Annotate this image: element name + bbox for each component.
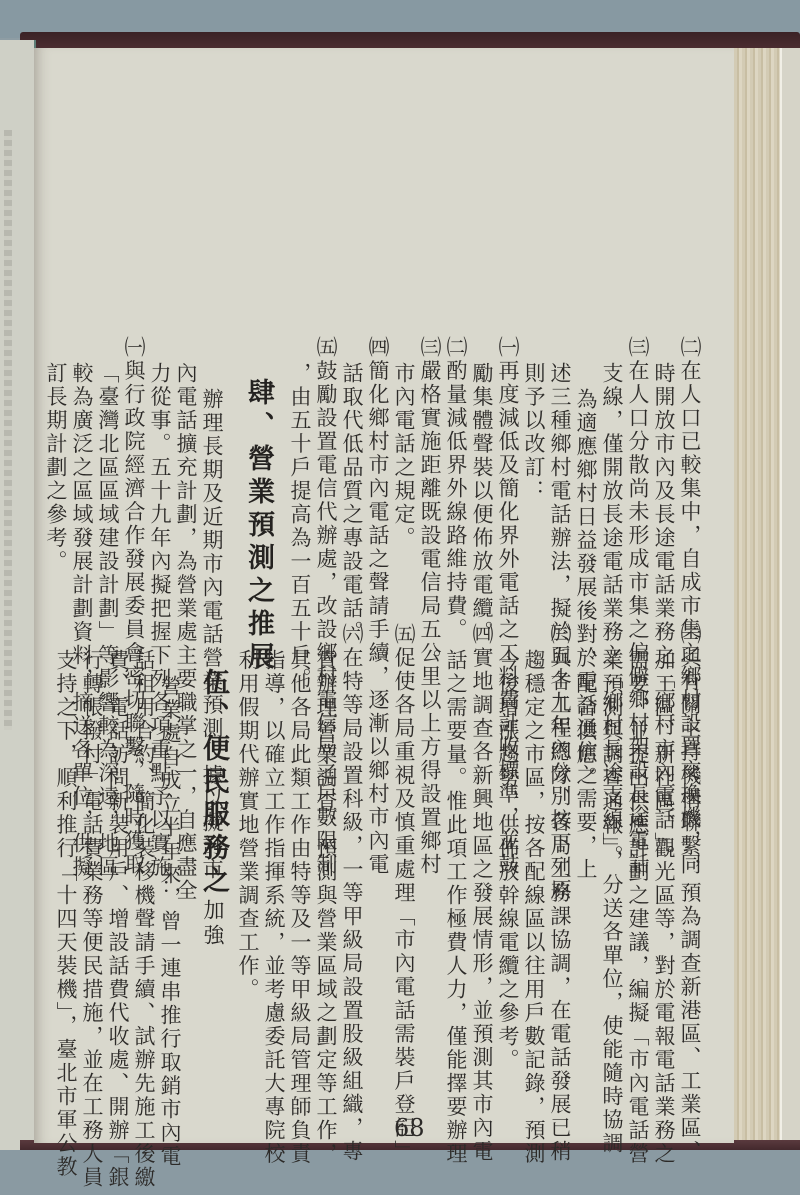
text-column: 今後增漲趨勢，供佈放幹線電纜之參考。 [495, 649, 521, 1072]
section-heading-4: 肆、營業預測之推展 [239, 378, 278, 675]
text-column: 訂長期計劃之參考。 [43, 362, 69, 574]
text-column: ㈣實地調查各新興地區之發展情形，並預測其市內電 [469, 623, 495, 1164]
section-heading-5: 伍、便民服務之加強 [194, 668, 233, 949]
text-column: 行轉帳撥付」電話費業務等便民措施，並在工務人員 [79, 649, 105, 1190]
page-number: 68 [394, 1114, 425, 1142]
text-column: 營業處自成立半年來，曾一連串推行取銷市內電 [157, 675, 183, 1169]
heading-main: 伍、便民服務之 [198, 668, 229, 899]
text-column: 為適應鄉村日益發展後對於電話通信之需要，上 [573, 388, 599, 882]
text-column: 則予以改訂： [521, 362, 547, 503]
heading-small: 加強 [201, 899, 225, 949]
text-column: 。 [365, 649, 391, 673]
previous-page-text-strip [4, 130, 12, 730]
text-column: ㈡酌量減低界外線路維持費。 [443, 336, 469, 642]
text-column: 話之需要量。惟此項工作極費人力，僅能擇要辦理 [443, 649, 469, 1166]
text-column: 其他各局此類工作由特等及一等甲級局管理師負責 [287, 649, 313, 1166]
text-column: ㈤促使各局重視及慎重處理「市內電話需裝戶登記」 [391, 623, 417, 1164]
text-column: 加工區、新社區、觀光區等，對於電報電話業務之 [651, 649, 677, 1166]
text-column: 勵集體聲裝以便佈放電纜。 [469, 362, 495, 644]
text-column: 需要，並提出供應計劃之建議，編擬「市內電話營 [625, 649, 651, 1166]
previous-page-edge [0, 40, 36, 1150]
text-column: 話租用合約、簡化裝移機聲請手續、試辦先施工後繳 [131, 649, 157, 1190]
text-column: ㈥在特等局設置科級，一等甲級局設置股級組織，專 [339, 623, 365, 1164]
text-column: 利用假期代辦實地營業調查工作。 [235, 649, 261, 1002]
text-column: 市內電話之規定。 [391, 362, 417, 550]
book-back-cover [780, 48, 800, 1143]
text-column: ㈣簡化鄉村市內電話之聲請手續，逐漸以鄉村市內電 [365, 336, 391, 877]
text-column: 責辦理營業調查、預測與營業區域之劃定等工作， [313, 649, 339, 1166]
text-column: ㈡與有關主持機構聯繫，預為調查新港區、工業區、 [677, 623, 703, 1164]
text-column: 指導，以確立工作指揮系統，並考慮委託大專院校 [261, 649, 287, 1166]
text-column: ㈢與各工程總隊、各局工務課協調，在電話發展已稍 [547, 623, 573, 1164]
text-column: ㈢嚴格實施距離既設電信局五公里以上方得設置鄉村 [417, 336, 443, 877]
text-column: 支持之下，順利推行「十四天裝機」，臺北市軍公教 [53, 649, 79, 1179]
page-stack-edges [734, 48, 780, 1143]
text-column: 業預測與調查通報」，分送各單位，使能隨時協調 [599, 649, 625, 1156]
text-column: ，配合供應。 [573, 649, 599, 790]
text-column: 。 [417, 649, 443, 673]
book-page: ㈡在人口已較集中，自成市集之鄉村設置交換機，同 時開放市內及長途電話業務之「鄉村… [34, 48, 734, 1143]
text-column: ，由五十戶提高為一百五十戶。 [287, 362, 313, 691]
text-column: 費、電話訪問新裝用戶、增設話費代收處、開辦「銀 [105, 649, 131, 1190]
text-column: 話取代低品質之專設電話。 [339, 362, 365, 644]
text-column: 趨穩定之市區，按各配線區以往用戶數記錄，預測 [521, 649, 547, 1166]
